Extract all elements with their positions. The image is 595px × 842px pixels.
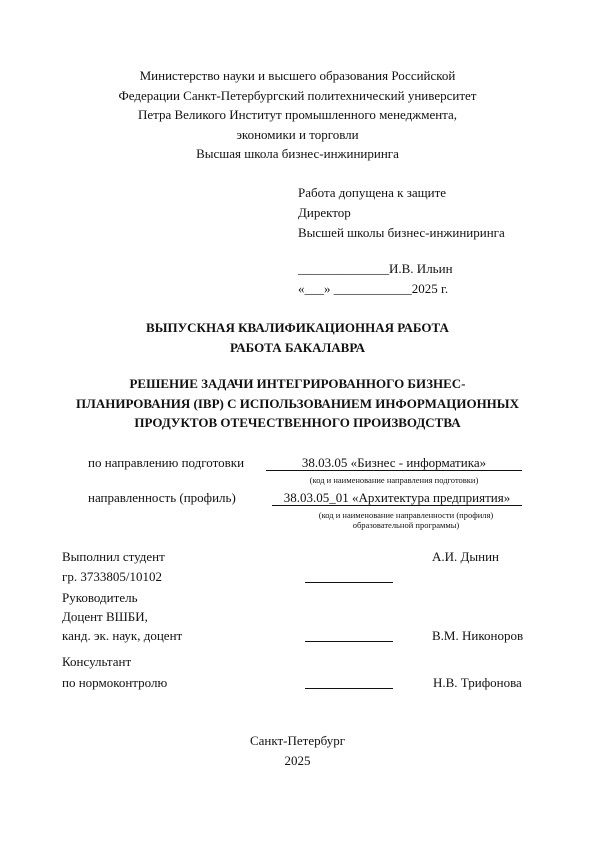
supervisor-role: Руководитель xyxy=(62,590,138,606)
profile-label: направленность (профиль) xyxy=(88,490,236,506)
header-line: Федерации Санкт-Петербургский политехнич… xyxy=(0,86,595,106)
topic-line: РЕШЕНИЕ ЗАДАЧИ ИНТЕГРИРОВАННОГО БИЗНЕС- xyxy=(0,374,595,394)
header-line: Петра Великого Институт промышленного ме… xyxy=(0,105,595,125)
topic-line: ПРОДУКТОВ ОТЕЧЕСТВЕННОГО ПРОИЗВОДСТВА xyxy=(0,413,595,433)
work-type-line: РАБОТА БАКАЛАВРА xyxy=(0,338,595,358)
consultant-area: по нормоконтролю xyxy=(62,675,167,691)
work-type-line: ВЫПУСКНАЯ КВАЛИФИКАЦИОННАЯ РАБОТА xyxy=(0,318,595,338)
direction-label: по направлению подготовки xyxy=(88,455,244,471)
consultant-role: Консультант xyxy=(62,654,131,670)
profile-value: 38.03.05_01 «Архитектура предприятия» xyxy=(272,490,522,506)
thesis-topic: РЕШЕНИЕ ЗАДАЧИ ИНТЕГРИРОВАННОГО БИЗНЕС- … xyxy=(0,374,595,433)
student-role: Выполнил студент xyxy=(62,549,165,565)
header-line: Министерство науки и высшего образования… xyxy=(0,66,595,86)
approval-date: «___» ____________2025 г. xyxy=(298,279,505,299)
profile-caption-line: (код и наименование направленности (проф… xyxy=(290,510,522,520)
direction-value: 38.03.05 «Бизнес - информатика» xyxy=(266,455,522,471)
approval-line: Директор xyxy=(298,203,505,223)
signature-blank: ______________ xyxy=(298,261,389,276)
approval-line: Высшей школы бизнес-инжиниринга xyxy=(298,223,505,243)
header-line: экономики и торговли xyxy=(0,125,595,145)
approval-block: Работа допущена к защите Директор Высшей… xyxy=(298,183,505,299)
footer: Санкт-Петербург 2025 xyxy=(0,731,595,770)
supervisor-position: Доцент ВШБИ, xyxy=(62,609,148,625)
director-name: И.В. Ильин xyxy=(389,261,453,276)
supervisor-degree: канд. эк. наук, доцент xyxy=(62,628,182,644)
footer-city: Санкт-Петербург xyxy=(0,731,595,751)
profile-caption-line: образовательной программы) xyxy=(290,520,522,530)
direction-caption: (код и наименование направления подготов… xyxy=(266,475,522,485)
header-line: Высшая школа бизнес-инжиниринга xyxy=(0,144,595,164)
consultant-name: Н.В. Трифонова xyxy=(433,675,522,691)
student-name: А.И. Дынин xyxy=(432,549,499,565)
student-signature-line xyxy=(305,570,393,583)
director-signature: ______________И.В. Ильин xyxy=(298,259,505,279)
student-group: гр. 3733805/10102 xyxy=(62,569,162,585)
topic-line: ПЛАНИРОВАНИЯ (IBP) С ИСПОЛЬЗОВАНИЕМ ИНФО… xyxy=(0,394,595,414)
ministry-header: Министерство науки и высшего образования… xyxy=(0,66,595,164)
supervisor-name: В.М. Никоноров xyxy=(432,628,523,644)
footer-year: 2025 xyxy=(0,751,595,771)
work-type: ВЫПУСКНАЯ КВАЛИФИКАЦИОННАЯ РАБОТА РАБОТА… xyxy=(0,318,595,357)
supervisor-signature-line xyxy=(305,629,393,642)
consultant-signature-line xyxy=(305,676,393,689)
approval-line: Работа допущена к защите xyxy=(298,183,505,203)
profile-caption: (код и наименование направленности (проф… xyxy=(290,510,522,530)
